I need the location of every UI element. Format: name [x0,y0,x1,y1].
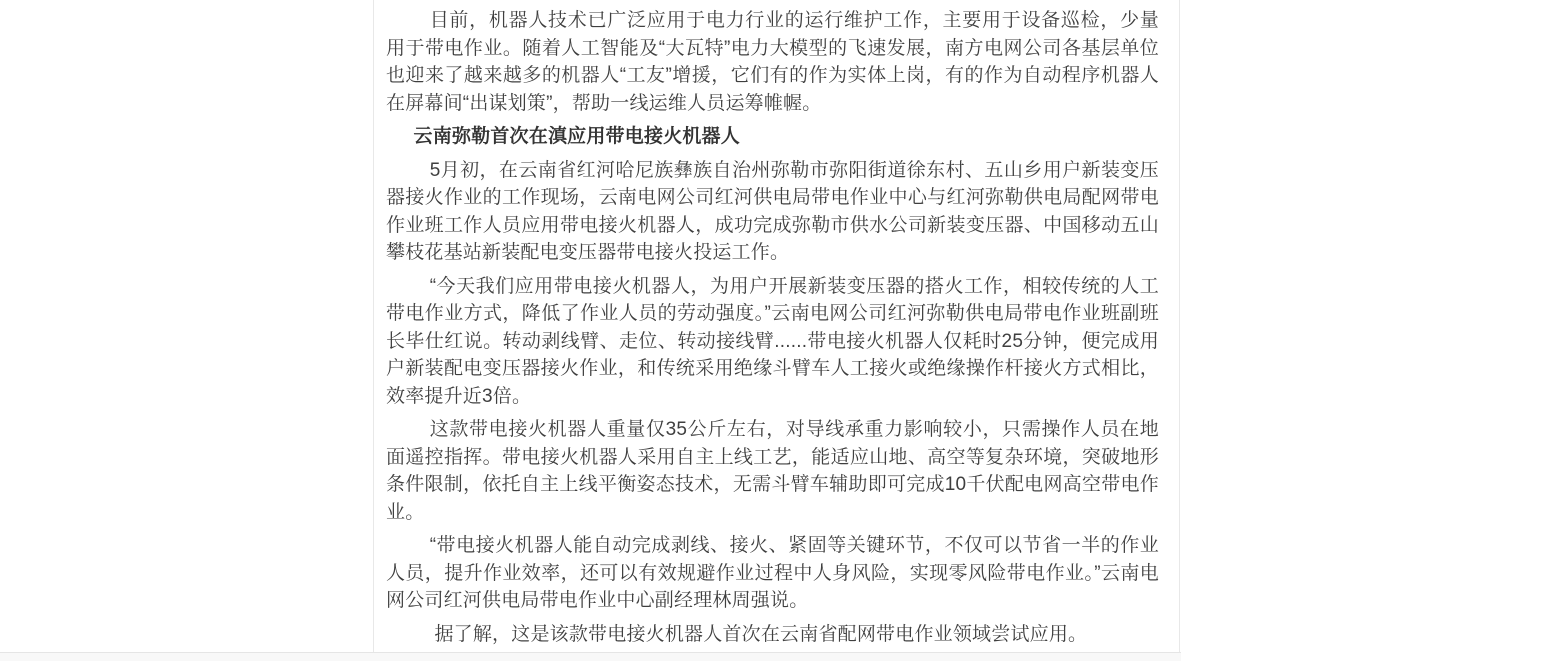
article-paragraph-robot-specs: 这款带电接火机器人重量仅35公斤左右，对导线承重力影响较小，只需操作人员在地面遥… [386,416,1159,526]
article-paragraph-closing: 据了解，这是该款带电接火机器人首次在云南省配网带电作业领域尝试应用。 [386,621,1159,649]
article-paragraph-scene: 5月初，在云南省红河哈尼族彝族自治州弥勒市弥阳街道徐东村、五山乡用户新装变压器接… [386,157,1159,267]
article-paragraph-quote-linzhouqiang: “带电接火机器人能自动完成剥线、接火、紧固等关键环节，不仅可以节省一半的作业人员… [386,532,1159,615]
article-content-column: 目前，机器人技术已广泛应用于电力行业的运行维护工作，主要用于设备巡检，少量用于带… [373,0,1180,652]
article-page: 目前，机器人技术已广泛应用于电力行业的运行维护工作，主要用于设备巡检，少量用于带… [0,0,1552,661]
content-bottom-divider [0,652,1181,661]
article-section-heading: 云南弥勒首次在滇应用带电接火机器人 [386,123,1159,151]
article-paragraph-intro: 目前，机器人技术已广泛应用于电力行业的运行维护工作，主要用于设备巡检，少量用于带… [386,7,1159,117]
article-paragraph-quote-bishihong: “今天我们应用带电接火机器人，为用户开展新装变压器的搭火工作，相较传统的人工带电… [386,273,1159,411]
